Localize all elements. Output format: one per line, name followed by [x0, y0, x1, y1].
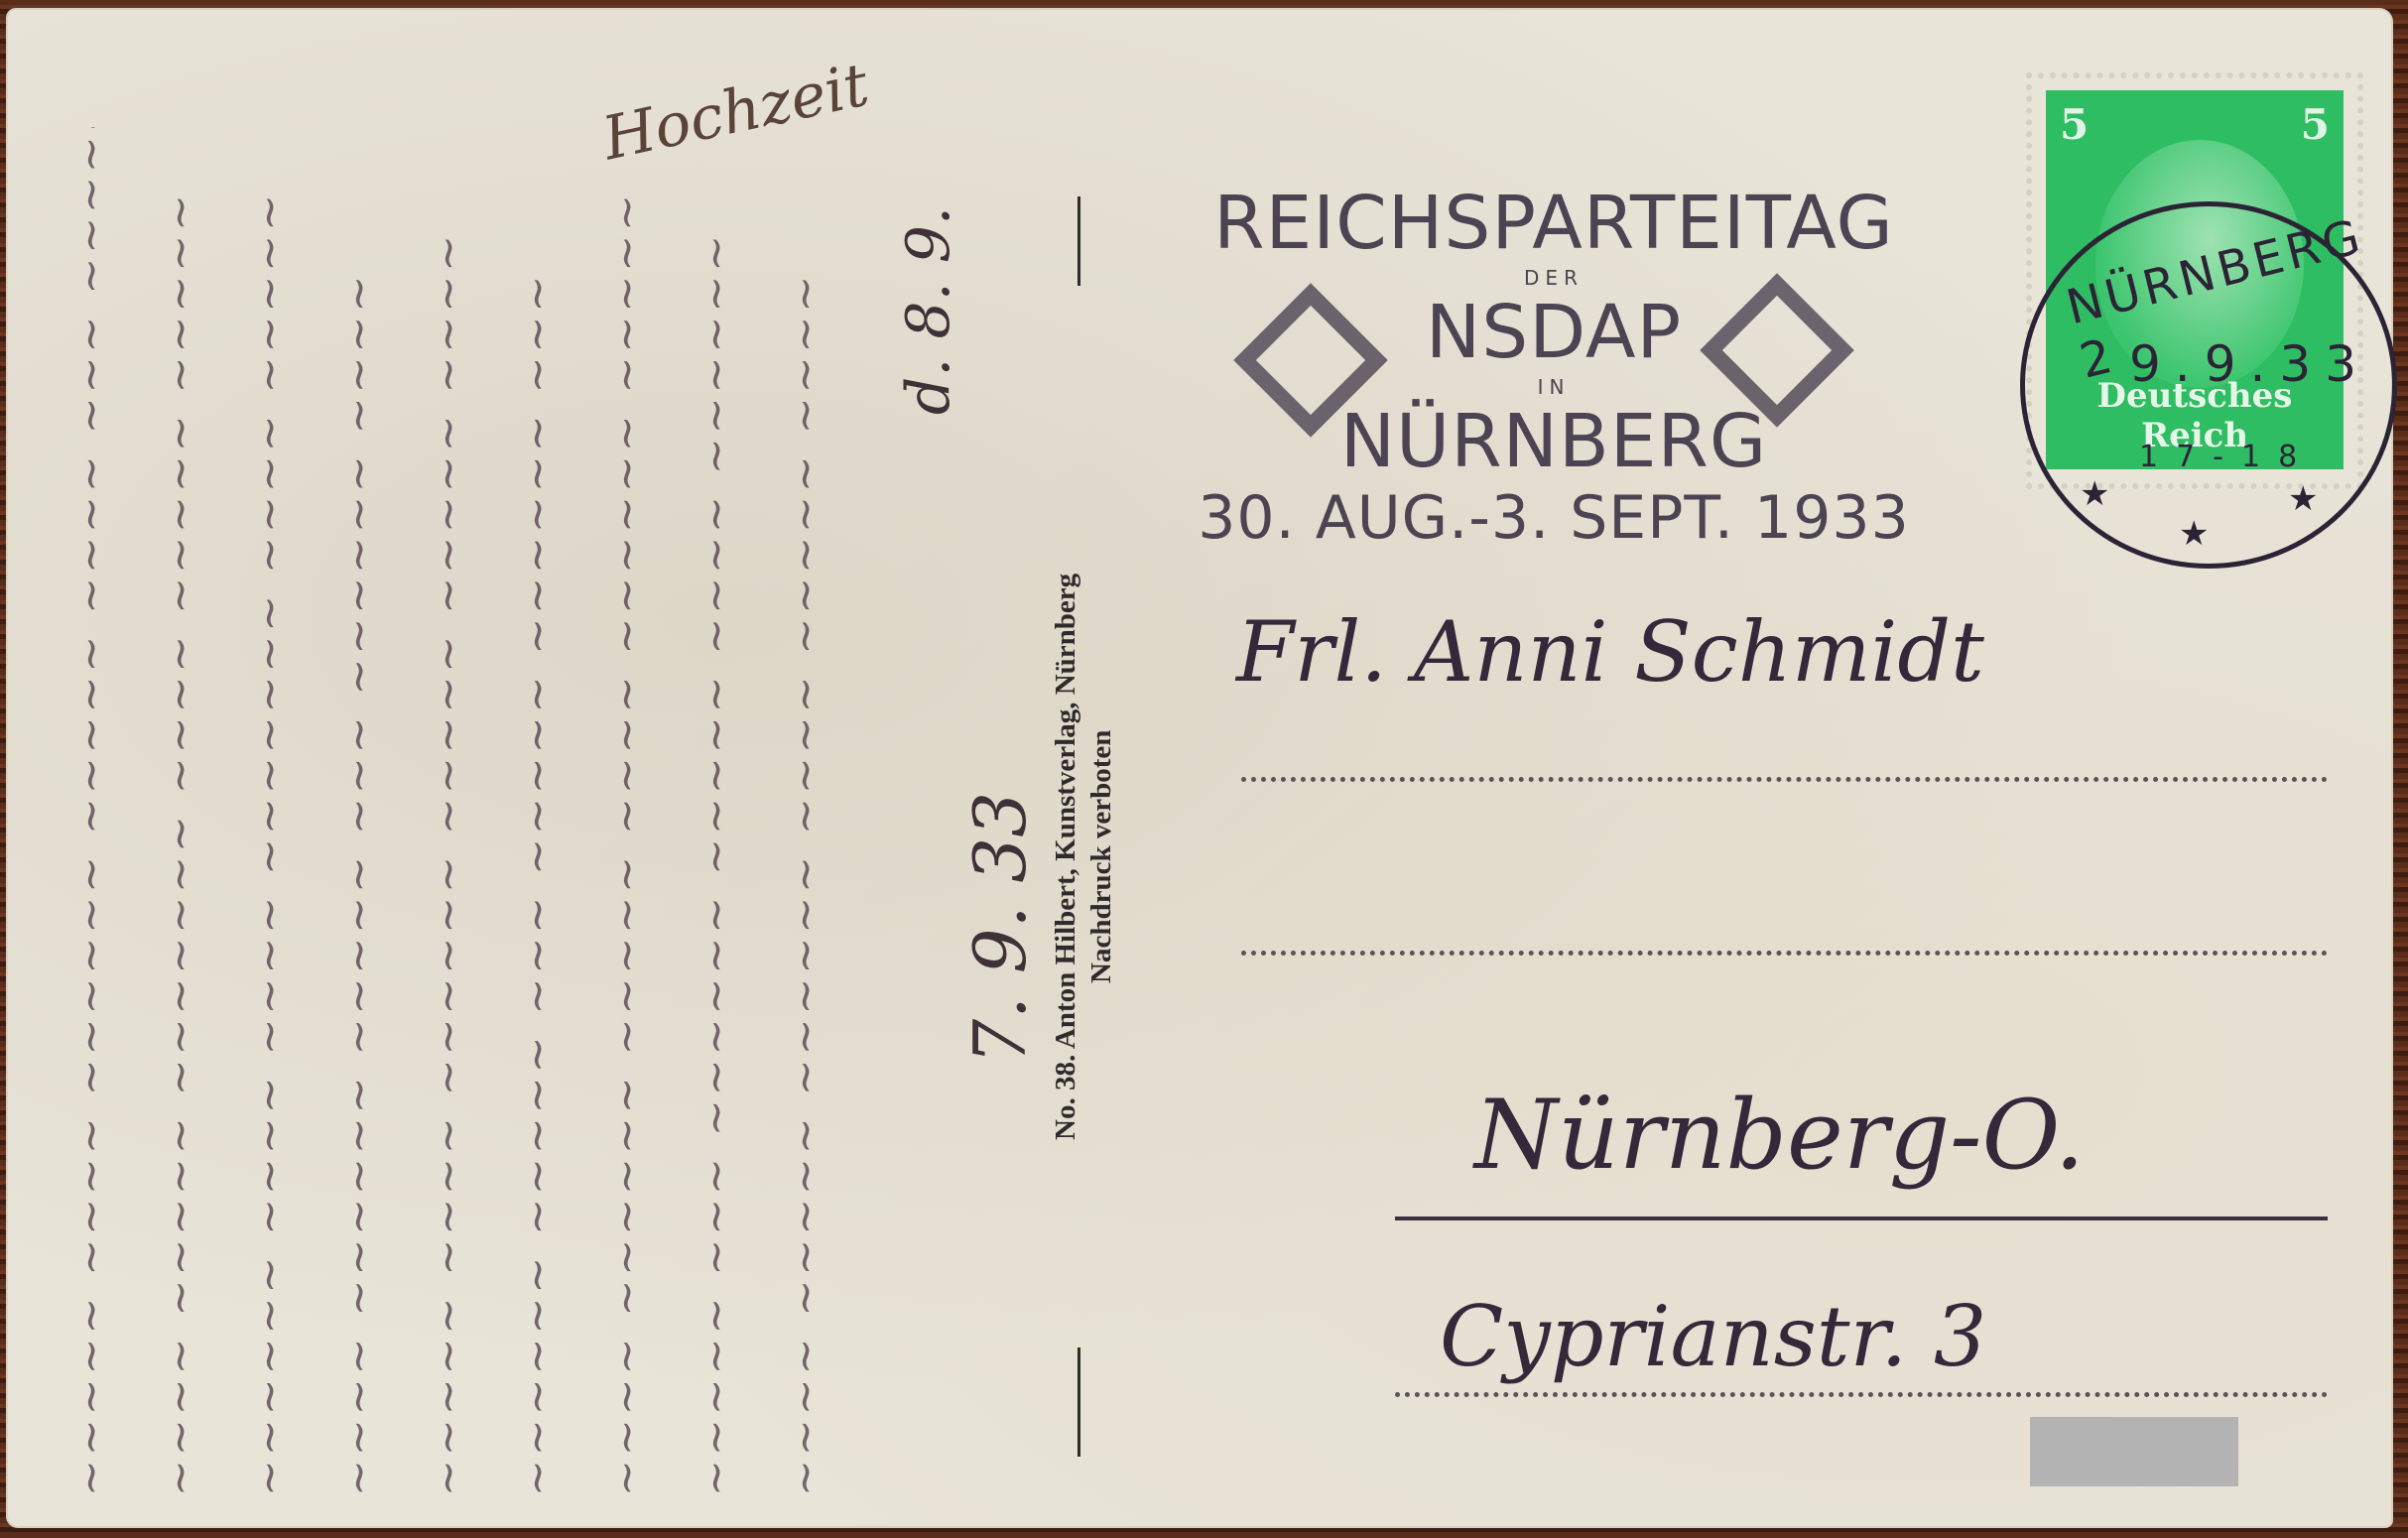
message-line: ~~~~ ~~~~~~ ~~~~~ ~~~ ~~~~~~ ~~~~: [333, 127, 373, 1496]
address-line-3: [1395, 1392, 2328, 1397]
slogan-dates: 30. AUG.-3. SEPT. 1933: [1187, 488, 1921, 548]
star-icon: ★: [2288, 479, 2318, 519]
recipient-street: Cyprianstr. 3: [1440, 1288, 1986, 1385]
datestamp-time: 17-18: [2139, 440, 2315, 474]
address-line-1: [1241, 777, 2328, 782]
publisher-imprint: No. 38. Anton Hilbert, Kunstverlag, Nürn…: [1048, 355, 1119, 1357]
message-line: ~~~~ ~~~~~ ~~~~~~~ ~~~~ ~~~~~ ~~~~~: [155, 127, 194, 1496]
stamp-value-left: 5: [2060, 100, 2089, 149]
slogan-line-1: REICHSPARTEITAG: [1187, 187, 1921, 260]
address-line-2: [1241, 951, 2328, 956]
message-line: ~~~~ ~~~~~~ ~~~~~ ~~~~ ~~~~~~ ~~~~~: [601, 127, 641, 1496]
recipient-city: Nürnberg-O.: [1474, 1080, 2085, 1191]
divider-bottom-rule: [1077, 1347, 1080, 1457]
handwritten-message: Hochzeit ~~~~~ ~~~~ ~~~~~~ ~~~~~ ~~~~ ~~…: [46, 48, 919, 1496]
datestamp-date: 9.9.33: [2129, 335, 2370, 393]
city-underline: [1395, 1217, 2328, 1220]
slogan-line-2: DER: [1187, 268, 1921, 288]
imprint-copyright: Nachdruck verboten: [1085, 729, 1117, 982]
redaction-block: [2030, 1417, 2238, 1486]
message-line: ~~~~~ ~~~~ ~~~~~~ ~~~~~ ~~~~~ ~~~~: [423, 127, 462, 1496]
message-line: ~~~~~~ ~~~~ ~~~~ ~~~~~~~ ~~~~ ~~~~~: [244, 127, 284, 1496]
handwritten-date-middle: 7. 9. 33: [958, 792, 1042, 1065]
divider-top-rule: [1077, 196, 1080, 286]
star-icon: ★: [2179, 514, 2209, 554]
message-line: ~~~~~ ~~~ ~~~~~~ ~~~~~ ~~~~ ~~~~~~: [691, 127, 730, 1496]
stamp-value-right: 5: [2301, 100, 2330, 149]
imprint-publisher: No. 38. Anton Hilbert, Kunstverlag, Nürn…: [1050, 573, 1081, 1139]
postcard: Hochzeit ~~~~~ ~~~~ ~~~~~~ ~~~~~ ~~~~ ~~…: [6, 8, 2393, 1528]
message-line: ~~~~~~ ~~~~~ ~~~ ~~~~~ ~~~~~~ ~~~: [512, 127, 552, 1496]
message-line: ~~~~ ~~~~~ ~~~~~~ ~~~~ ~~~~~ ~~~~: [780, 127, 820, 1496]
recipient-name: Frl. Anni Schmidt: [1236, 603, 1984, 701]
star-icon: ★: [2080, 474, 2109, 514]
message-line: ~~~~~ ~~~~ ~~~~~~ ~~~~~ ~~~~ ~~~ ~~~~~~: [65, 127, 105, 1496]
handwritten-date-top: d. 8. 9.: [894, 206, 963, 415]
